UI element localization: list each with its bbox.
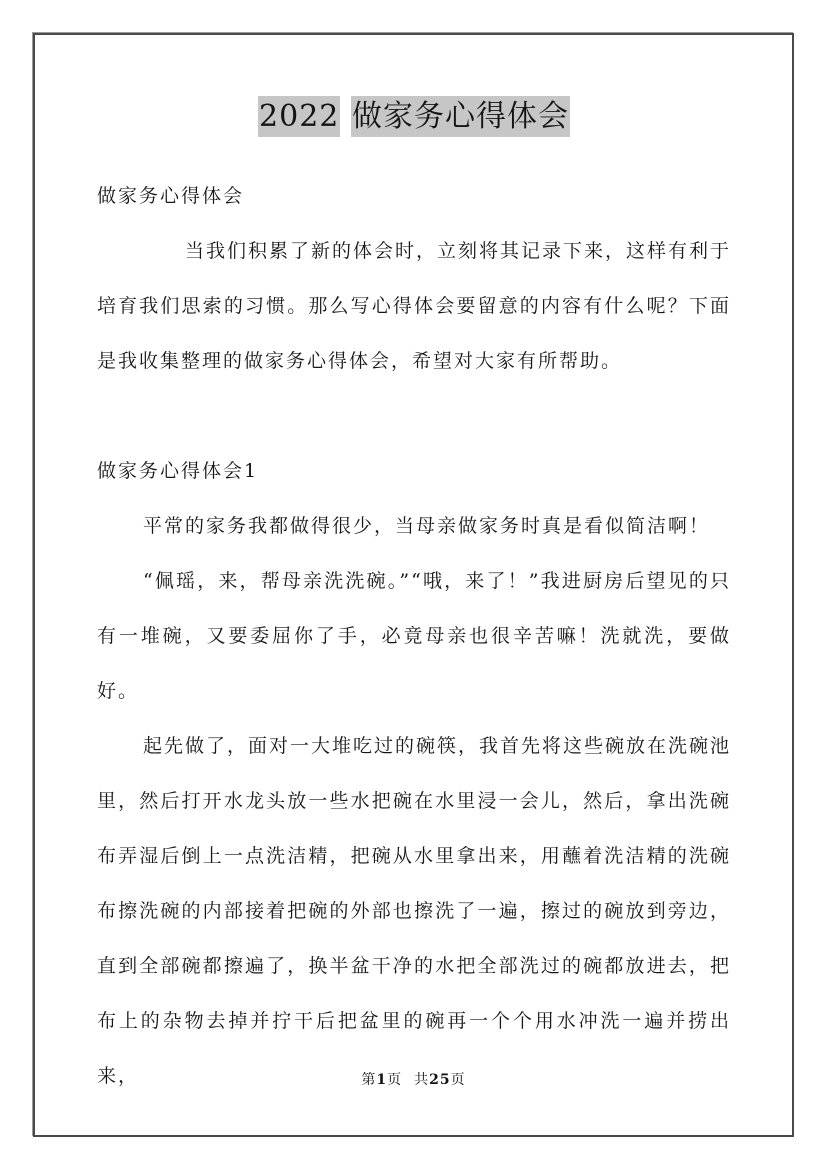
paragraph-2: “佩瑶，来，帮母亲洗洗碗。”“哦，来了！”我进厨房后望见的只有一堆碗，又要委屈你… [97, 554, 731, 719]
page-footer: 第1页共25页 [35, 1069, 792, 1089]
title-year-highlight: 2022 [258, 96, 340, 137]
blank-line [97, 389, 731, 444]
intro-label: 做家务心得体会 [97, 169, 731, 224]
document-page: 2022 做家务心得体会 做家务心得体会 当我们积累了新的体会时，立刻将其记录下… [0, 0, 827, 1170]
page-border-frame: 2022 做家务心得体会 做家务心得体会 当我们积累了新的体会时，立刻将其记录下… [33, 33, 794, 1137]
footer-total-number: 25 [429, 1072, 450, 1088]
title-space [340, 99, 351, 134]
paragraph-3: 起先做了，面对一大堆吃过的碗筷，我首先将这些碗放在洗碗池里，然后打开水龙头放一些… [97, 719, 731, 1104]
footer-total-prefix: 共 [414, 1072, 429, 1088]
document-title: 2022 做家务心得体会 [97, 93, 731, 141]
section-heading: 做家务心得体会1 [97, 444, 731, 499]
paragraph-1: 平常的家务我都做得很少，当母亲做家务时真是看似简洁啊！ [97, 499, 731, 554]
footer-page-number: 1 [376, 1072, 387, 1088]
paragraph-intro: 当我们积累了新的体会时，立刻将其记录下来，这样有利于培育我们思索的习惯。那么写心… [97, 224, 731, 389]
footer-page-suffix: 页 [387, 1072, 402, 1088]
document-body: 做家务心得体会 当我们积累了新的体会时，立刻将其记录下来，这样有利于培育我们思索… [97, 169, 731, 1104]
footer-total-suffix: 页 [451, 1072, 466, 1088]
title-text-highlight: 做家务心得体会 [351, 96, 570, 137]
footer-page-prefix: 第 [361, 1072, 376, 1088]
